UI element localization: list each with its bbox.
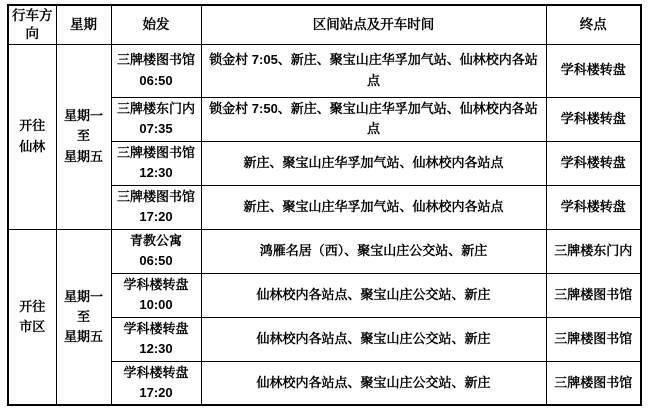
direction-line: 开往 (11, 297, 54, 317)
terminal-cell: 学科楼转盘 (546, 185, 641, 229)
table-row: 开往 仙林 星期一 至 星期五 三牌楼图书馆 06:50 锁金村 7:05、新庄… (8, 44, 641, 97)
column-header-week: 星期 (56, 5, 111, 44)
start-time: 17:20 (114, 383, 199, 403)
start-station: 学科楼转盘 (114, 363, 199, 383)
start-time: 12:30 (114, 339, 199, 359)
stops-cell: 仙林校内各站点、聚宝山庄公交站、新庄 (201, 317, 546, 361)
terminal-cell: 学科楼转盘 (546, 44, 641, 97)
week-line: 星期五 (59, 147, 109, 167)
column-header-stops: 区间站点及开车时间 (201, 5, 546, 44)
column-header-direction: 行车方向 (8, 5, 56, 44)
start-cell: 三牌楼图书馆 17:20 (111, 185, 201, 229)
stops-cell: 仙林校内各站点、聚宝山庄公交站、新庄 (201, 273, 546, 317)
direction-cell-xianlin: 开往 仙林 (8, 44, 56, 229)
direction-line: 市区 (11, 317, 54, 337)
start-time: 06:50 (114, 251, 199, 271)
stops-cell: 锁金村 7:50、新庄、聚宝山庄华孚加气站、仙林校内各站点 (201, 97, 546, 141)
week-cell: 星期一 至 星期五 (56, 229, 111, 405)
week-line: 星期一 (59, 106, 109, 126)
start-time: 10:00 (114, 295, 199, 315)
column-header-terminal: 终点 (546, 5, 641, 44)
start-station: 三牌楼东门内 (114, 99, 199, 119)
stops-cell: 鸿雁名居（西）、聚宝山庄公交站、新庄 (201, 229, 546, 273)
start-station: 三牌楼图书馆 (114, 187, 199, 207)
terminal-cell: 学科楼转盘 (546, 97, 641, 141)
start-station: 学科楼转盘 (114, 275, 199, 295)
table-header-row: 行车方向 星期 始发 区间站点及开车时间 终点 (8, 5, 641, 44)
table-row: 开往 市区 星期一 至 星期五 青教公寓 06:50 鸿雁名居（西）、聚宝山庄公… (8, 229, 641, 273)
start-cell: 三牌楼东门内 07:35 (111, 97, 201, 141)
direction-line: 开往 (11, 116, 54, 136)
start-cell: 三牌楼图书馆 12:30 (111, 141, 201, 185)
week-line: 至 (59, 307, 109, 327)
start-station: 学科楼转盘 (114, 319, 199, 339)
terminal-cell: 学科楼转盘 (546, 141, 641, 185)
start-cell: 学科楼转盘 10:00 (111, 273, 201, 317)
stops-cell: 仙林校内各站点、聚宝山庄公交站、新庄 (201, 361, 546, 405)
week-line: 星期五 (59, 327, 109, 347)
bus-schedule-table: 行车方向 星期 始发 区间站点及开车时间 终点 开往 仙林 星期一 至 星期五 … (7, 4, 642, 406)
terminal-cell: 三牌楼图书馆 (546, 273, 641, 317)
start-time: 17:20 (114, 207, 199, 227)
direction-cell-downtown: 开往 市区 (8, 229, 56, 405)
start-station: 三牌楼图书馆 (114, 50, 199, 70)
start-cell: 青教公寓 06:50 (111, 229, 201, 273)
start-station: 青教公寓 (114, 231, 199, 251)
start-cell: 学科楼转盘 12:30 (111, 317, 201, 361)
column-header-start: 始发 (111, 5, 201, 44)
start-time: 12:30 (114, 163, 199, 183)
terminal-cell: 三牌楼图书馆 (546, 361, 641, 405)
stops-cell: 锁金村 7:05、新庄、聚宝山庄华孚加气站、仙林校内各站点 (201, 44, 546, 97)
start-station: 三牌楼图书馆 (114, 143, 199, 163)
terminal-cell: 三牌楼东门内 (546, 229, 641, 273)
week-line: 至 (59, 126, 109, 146)
stops-cell: 新庄、聚宝山庄华孚加气站、仙林校内各站点 (201, 141, 546, 185)
start-cell: 三牌楼图书馆 06:50 (111, 44, 201, 97)
week-cell: 星期一 至 星期五 (56, 44, 111, 229)
week-line: 星期一 (59, 287, 109, 307)
terminal-cell: 三牌楼图书馆 (546, 317, 641, 361)
start-cell: 学科楼转盘 17:20 (111, 361, 201, 405)
bus-schedule-page: 行车方向 星期 始发 区间站点及开车时间 终点 开往 仙林 星期一 至 星期五 … (0, 0, 666, 414)
start-time: 06:50 (114, 71, 199, 91)
direction-line: 仙林 (11, 137, 54, 157)
stops-cell: 新庄、聚宝山庄华孚加气站、仙林校内各站点 (201, 185, 546, 229)
start-time: 07:35 (114, 119, 199, 139)
